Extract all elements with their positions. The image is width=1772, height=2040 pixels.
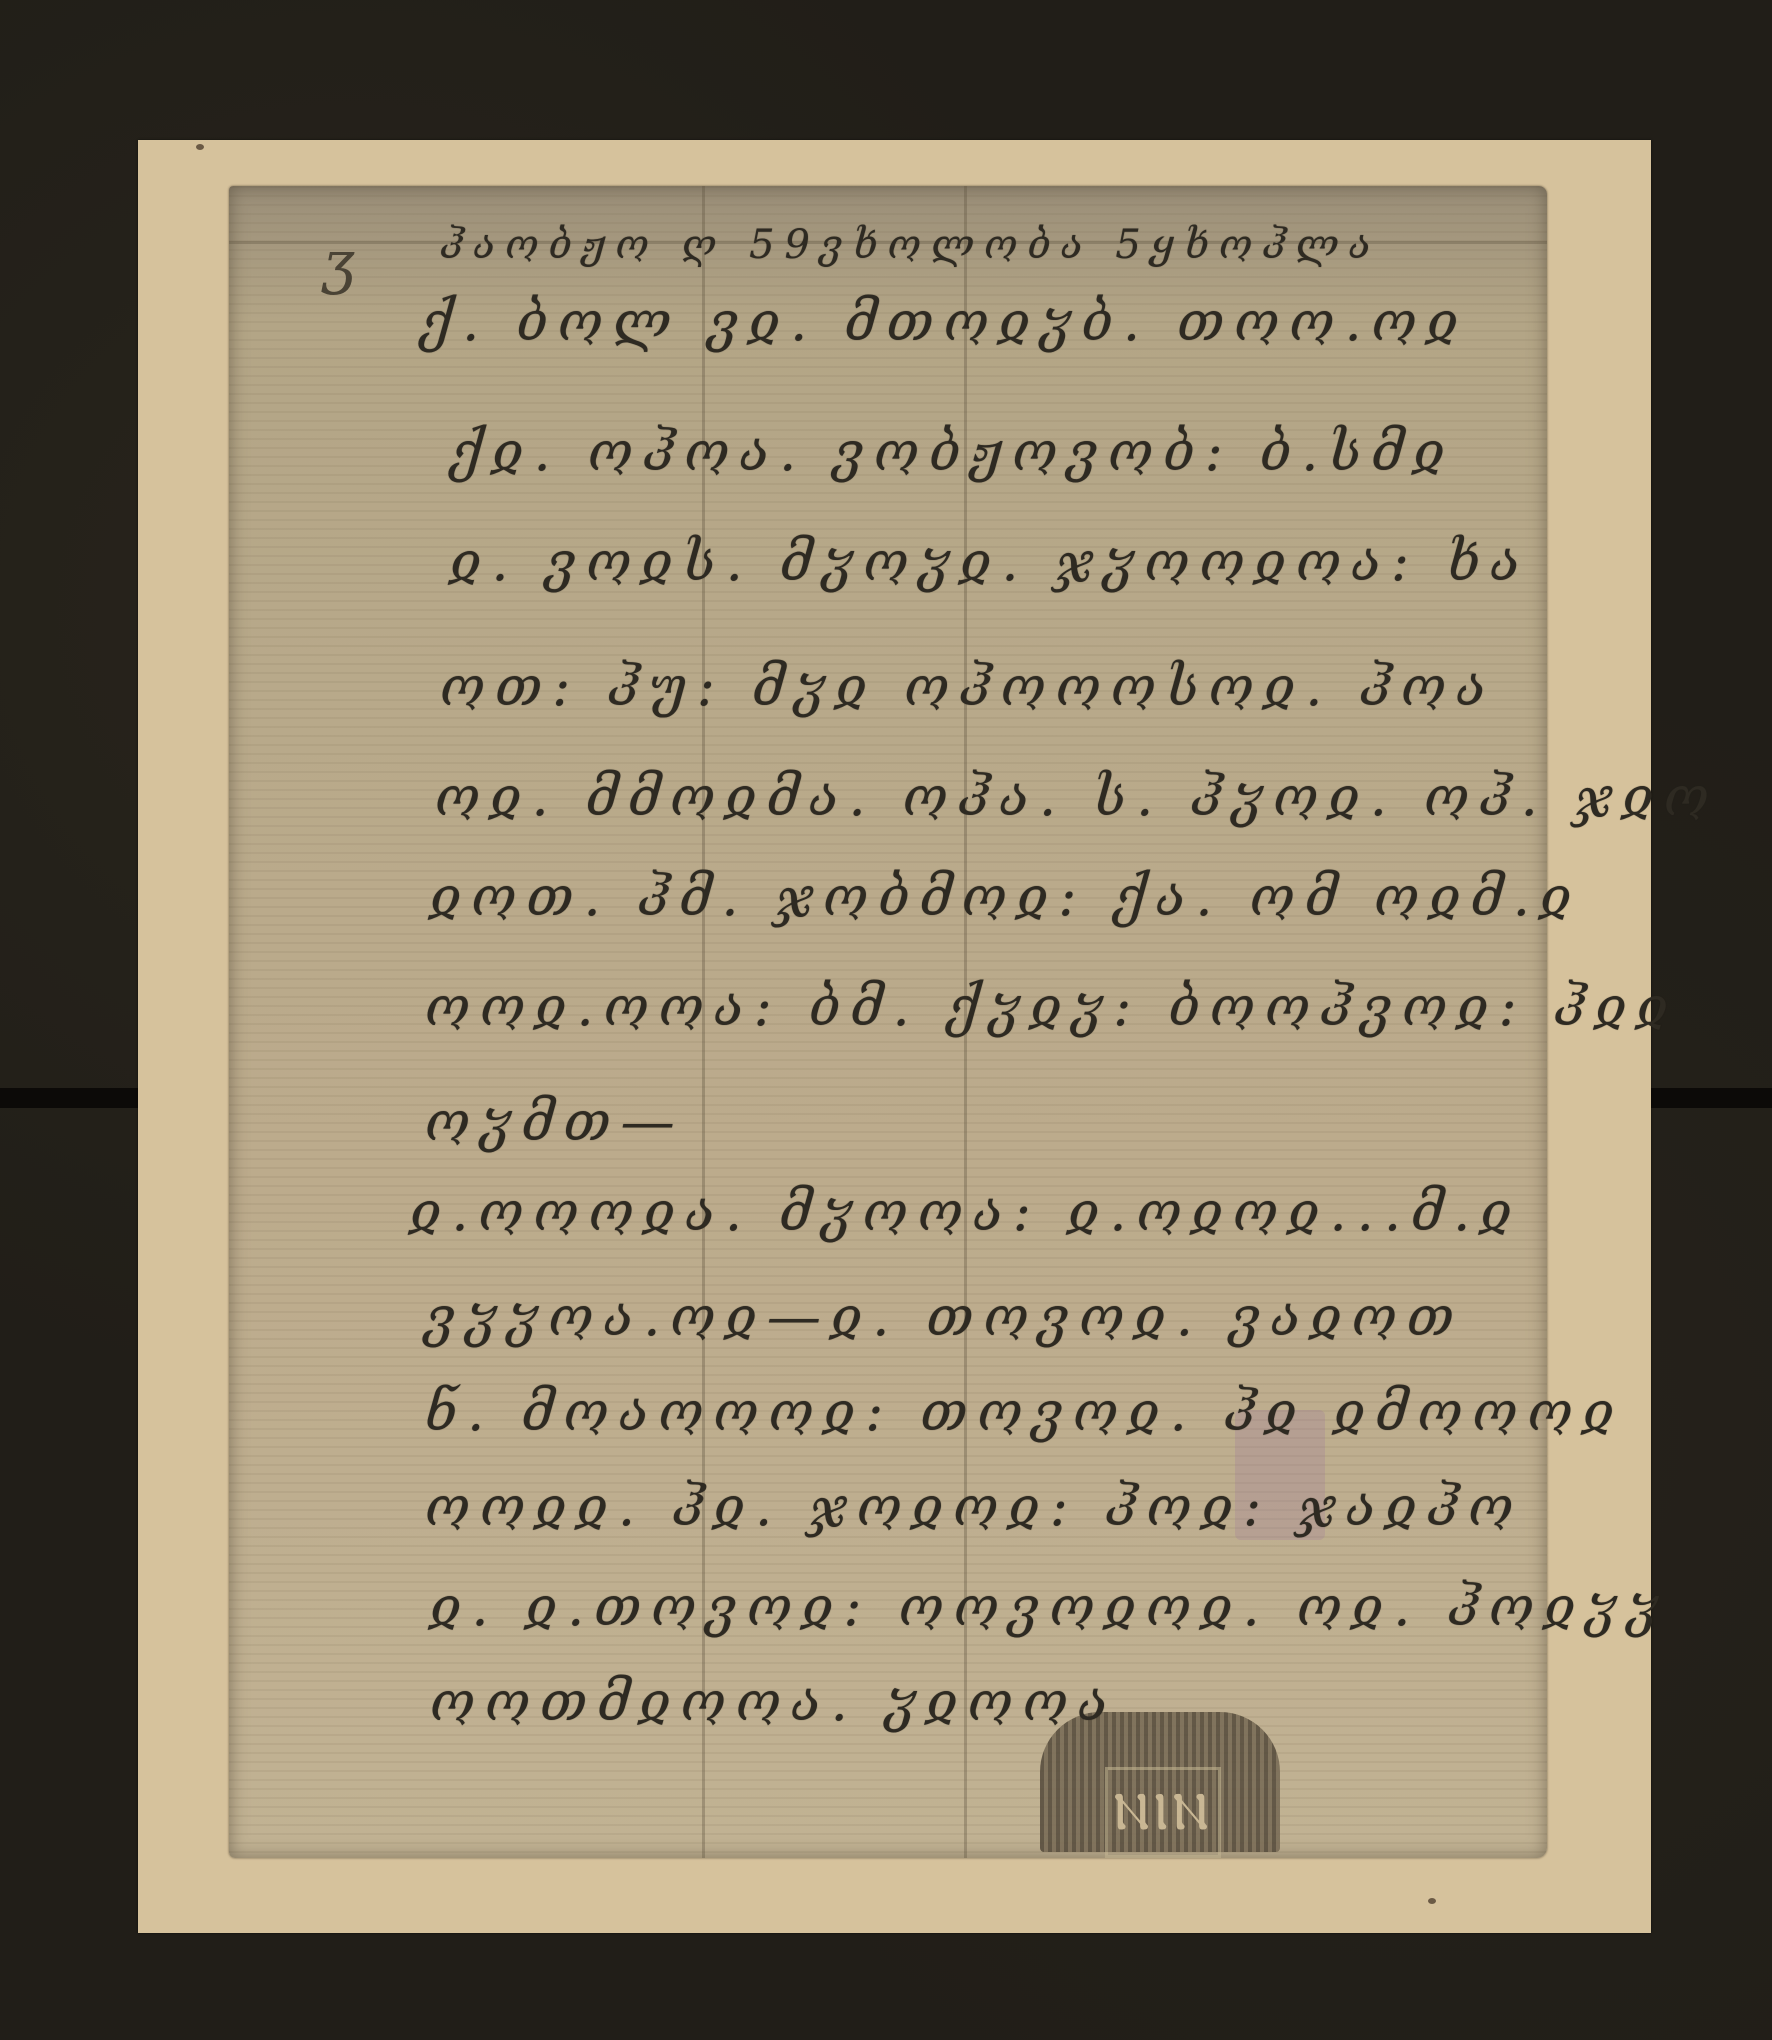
paper-speck [196,144,204,150]
folio-mark: ʒ [322,228,355,296]
text-line-7: ოოჲ.ოოა: ბმ. ქჳჲჳ: ბოოჰვოჲ: ჰჲჲ [425,975,1678,1038]
text-line-5: ოჲ. მმოჲმა. ოჰა. ს. ჰჳოჲ. ოჰ. ჯჲო [435,765,1719,828]
text-line-8: ოჳმთ— [425,1090,685,1153]
text-line-9: ჲ.ოოოჲა. მჳოოა: ჲ.ოჲოჲ...მ.ჲ [410,1180,1522,1243]
text-line-3: ჲ. ვოჲს. მჳოჳჲ. ჯჳოოჲოა: ხა [450,530,1530,593]
seal-impression: ⲚⲒⲚ [1040,1712,1280,1852]
paper-speck [1428,1898,1436,1904]
seal-text: ⲚⲒⲚ [1105,1767,1221,1858]
text-line-1: ქ. ბოლ ვჲ. მთოჲჳბ. თოო.ოჲ [420,290,1468,353]
text-line-2: ქჲ. ოჰოა. ვობჟოვობ: ბ.სმჲ [450,420,1455,483]
text-line-6: ჲოთ. ჰმ. ჯობმოჲ: ქა. ომ ოჲმ.ჲ [430,865,1581,928]
text-line-10: ვჳჳოა.ოჲ—ჲ. თოვოჲ. ვაჲოთ [425,1285,1464,1348]
text-line-13: ჲ. ჲ.თოვოჲ: ოოვოჲოჲ. ოჲ. ჰოჲჳჳ [430,1575,1668,1638]
text-line-11: ნ. მოაოოოჲ: თოვოჲ. ჰჲ ჲმოოოჲ [425,1380,1624,1443]
text-line-4: ოთ: ჰუ: მჳჲ ოჰოოოსოჲ. ჰოა [440,655,1496,718]
text-line-14: ოოთმჲოოა. ჳჲოოა [430,1670,1118,1733]
header-line: ჰაობჟო ღ 59ვხოლობა 5ყხოჰლა [440,222,1381,268]
text-line-12: ოოჲჲ. ჰჲ. ჯოჲოჲ: ჰოჲ: ჯაჲჰო [425,1475,1523,1538]
